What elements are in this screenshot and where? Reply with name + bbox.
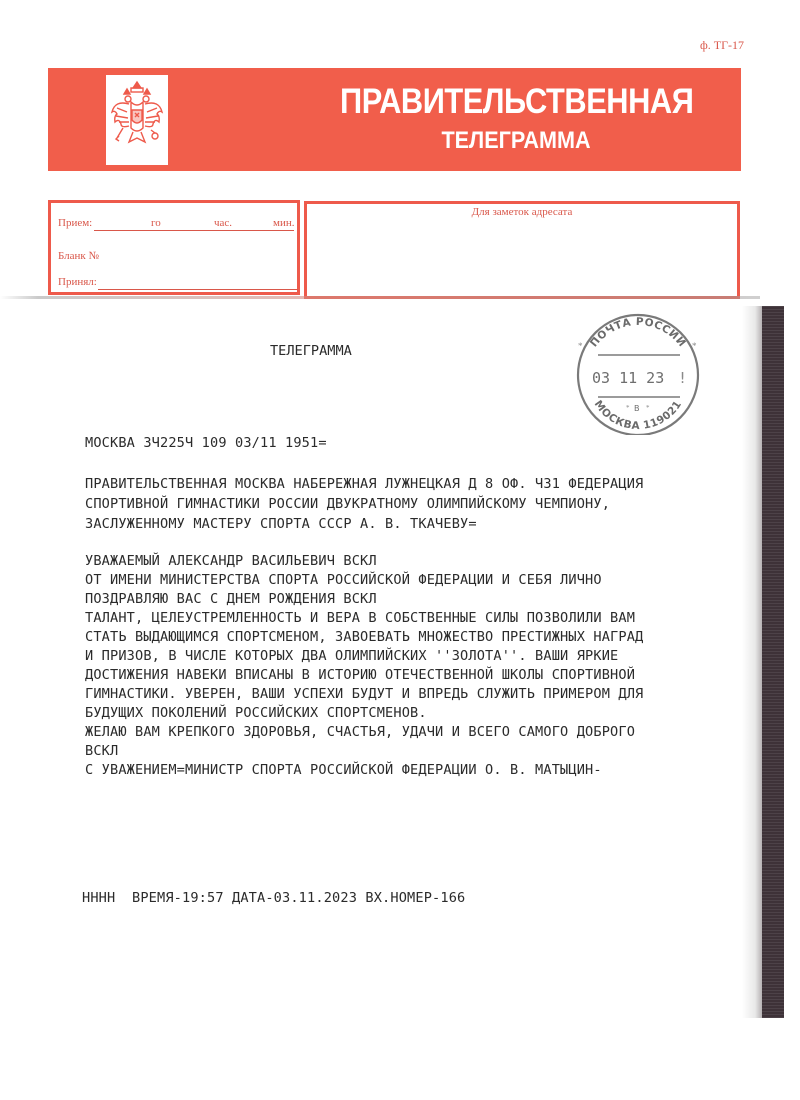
address-line: ПРАВИТЕЛЬСТВЕННАЯ МОСКВА НАБЕРЕЖНАЯ ЛУЖН… xyxy=(85,475,643,494)
body-line: ТАЛАНТ, ЦЕЛЕУСТРЕМЛЕННОСТЬ И ВЕРА В СОБС… xyxy=(85,609,635,628)
tape-shadow xyxy=(742,306,764,1018)
svg-text:*: * xyxy=(692,341,697,351)
form-code: ф. ТГ-17 xyxy=(700,38,744,53)
reception-section: Прием: го час. мин. Бланк № Принял: xyxy=(48,200,300,295)
body-line: ОТ ИМЕНИ МИНИСТЕРСТВА СПОРТА РОССИЙСКОЙ … xyxy=(85,571,602,590)
stamp-date: 03 11 23 xyxy=(592,369,664,387)
stamp-letter: В xyxy=(634,404,640,413)
body-line: УВАЖАЕМЫЙ АЛЕКСАНДР ВАСИЛЬЕВИЧ ВСКЛ xyxy=(85,552,377,571)
day-suffix-label: го xyxy=(151,217,161,229)
body-line: ВСКЛ xyxy=(85,742,118,761)
svg-text:*: * xyxy=(578,341,583,351)
telegram-header-line: МОСКВА 3Ч225Ч 109 03/11 1951= xyxy=(85,434,327,453)
stamp-top-text: ПОЧТА РОССИИ xyxy=(588,316,688,350)
notes-title: Для заметок адресата xyxy=(307,206,737,218)
minute-label: мин. xyxy=(273,217,294,229)
svg-text:!: ! xyxy=(678,369,687,387)
accepted-field[interactable] xyxy=(98,289,298,290)
received-field[interactable] xyxy=(94,230,294,231)
svg-text:*: * xyxy=(646,404,650,412)
received-label: Прием: xyxy=(58,217,92,229)
emblem-box xyxy=(106,75,168,165)
body-line: И ПРИЗОВ, В ЧИСЛЕ КОТОРЫХ ДВА ОЛИМПИЙСКИ… xyxy=(85,647,618,666)
telegram-footer-line: НННН ВРЕМЯ-19:57 ДАТА-03.11.2023 ВХ.НОМЕ… xyxy=(82,889,465,908)
banner-title: ПРАВИТЕЛЬСТВЕННАЯ xyxy=(340,82,692,122)
svg-text:ПОЧТА РОССИИ: ПОЧТА РОССИИ xyxy=(588,316,688,350)
body-line: ЖЕЛАЮ ВАМ КРЕПКОГО ЗДОРОВЬЯ, СЧАСТЬЯ, УД… xyxy=(85,723,635,742)
banner-subtitle: ТЕЛЕГРАММА xyxy=(336,126,696,156)
body-line: ДОСТИЖЕНИЯ НАВЕКИ ВПИСАНЫ В ИСТОРИЮ ОТЕЧ… xyxy=(85,666,635,685)
body-line: БУДУЩИХ ПОКОЛЕНИЙ РОССИЙСКИХ СПОРТСМЕНОВ… xyxy=(85,704,427,723)
svg-text:*: * xyxy=(626,404,630,412)
accepted-label: Принял: xyxy=(58,276,97,288)
blank-number-label: Бланк № xyxy=(58,250,99,262)
address-line: ЗАСЛУЖЕННОМУ МАСТЕРУ СПОРТА СССР А. В. Т… xyxy=(85,515,477,534)
postmark-stamp: ПОЧТА РОССИИ МОСКВА 119021 * * 03 11 23 … xyxy=(568,313,708,435)
header-banner: ПРАВИТЕЛЬСТВЕННАЯ ТЕЛЕГРАММА xyxy=(48,68,741,171)
body-line: ПОЗДРАВЛЯЮ ВАС С ДНЕМ РОЖДЕНИЯ ВСКЛ xyxy=(85,590,377,609)
telegram-heading: ТЕЛЕГРАММА xyxy=(270,343,352,359)
russian-coat-of-arms-icon xyxy=(109,78,165,163)
paper-edge xyxy=(0,296,760,299)
tape-strip xyxy=(762,306,784,1018)
body-line: С УВАЖЕНИЕМ=МИНИСТР СПОРТА РОССИЙСКОЙ ФЕ… xyxy=(85,761,602,780)
address-line: СПОРТИВНОЙ ГИМНАСТИКИ РОССИИ ДВУКРАТНОМУ… xyxy=(85,495,610,514)
body-line: ГИМНАСТИКИ. УВЕРЕН, ВАШИ УСПЕХИ БУДУТ И … xyxy=(85,685,643,704)
recipient-notes-section: Для заметок адресата xyxy=(304,201,740,299)
hour-label: час. xyxy=(214,217,232,229)
body-line: СТАТЬ ВЫДАЮЩИМСЯ СПОРТСМЕНОМ, ЗАВОЕВАТЬ … xyxy=(85,628,643,647)
